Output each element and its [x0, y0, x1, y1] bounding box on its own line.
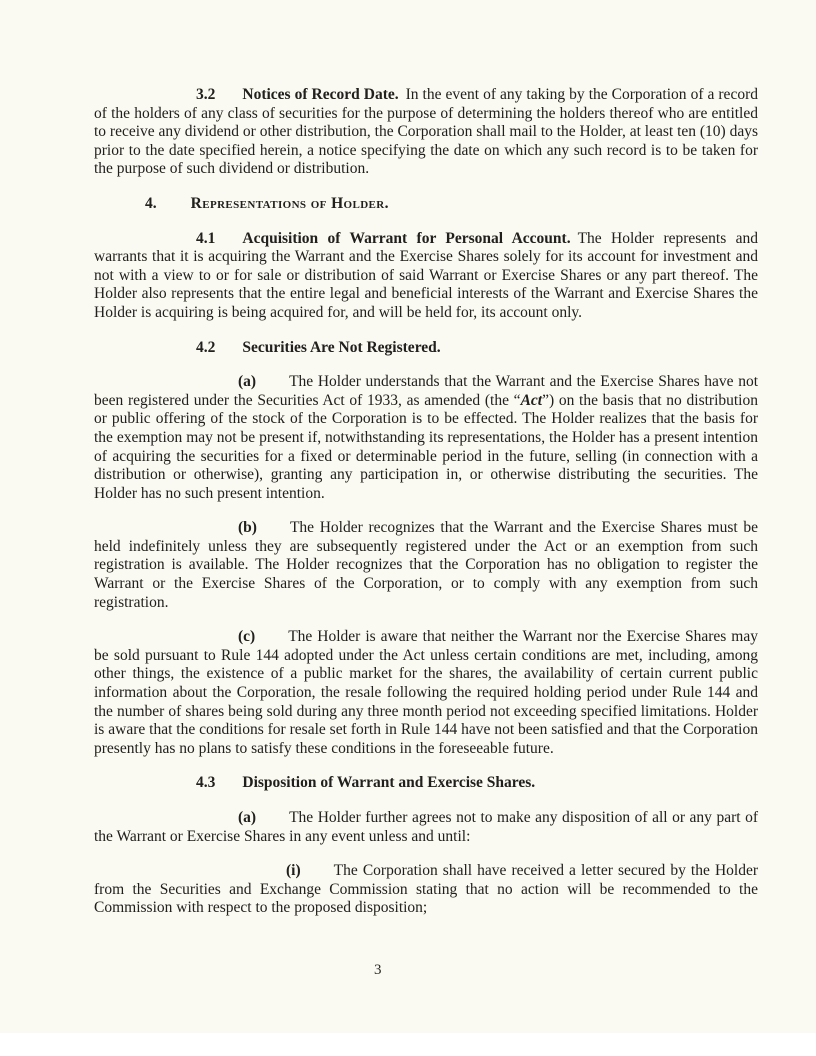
- clause-4-2-b-number: (b): [238, 519, 257, 536]
- clause-4-3-a-i: (i)The Corporation shall have received a…: [94, 862, 758, 918]
- clause-4-2-a-number: (a): [238, 373, 256, 390]
- section-4-heading: 4.Representations of Holder.: [94, 195, 758, 214]
- section-4-1-number: 4.1: [196, 230, 215, 247]
- section-4-title: Representations of Holder.: [191, 195, 389, 212]
- tab-spacer: [256, 385, 289, 386]
- tab-spacer: [255, 640, 288, 641]
- section-4-2-heading: 4.2Securities Are Not Registered.: [94, 339, 758, 358]
- tab-spacer: [301, 874, 334, 875]
- clause-4-3-a-i-number: (i): [286, 862, 301, 879]
- tab-spacer: [257, 531, 290, 532]
- section-3-2-body: In the event of any taking by the Corpor…: [94, 86, 758, 177]
- clause-4-2-c: (c)The Holder is aware that neither the …: [94, 628, 758, 758]
- section-4-2-title: Securities Are Not Registered.: [242, 339, 440, 356]
- page-number: 3: [374, 962, 394, 979]
- section-4-2-number: 4.2: [196, 339, 215, 356]
- clause-4-3-a-number: (a): [238, 809, 256, 826]
- document-page: 3.2Notices of Record Date.In the event o…: [0, 0, 816, 1033]
- defined-term-act: Act: [521, 392, 543, 409]
- section-4-3-title: Disposition of Warrant and Exercise Shar…: [242, 774, 535, 791]
- tab-spacer: [256, 821, 289, 822]
- section-4-3-heading: 4.3Disposition of Warrant and Exercise S…: [94, 774, 758, 793]
- section-3-2-number: 3.2: [196, 86, 215, 103]
- section-4-3-number: 4.3: [196, 774, 215, 791]
- clause-4-2-b-body: The Holder recognizes that the Warrant a…: [94, 519, 758, 610]
- section-4-1-title: Acquisition of Warrant for Personal Acco…: [242, 230, 570, 247]
- section-4-number: 4.: [145, 195, 157, 212]
- clause-4-2-c-body: The Holder is aware that neither the War…: [94, 628, 758, 757]
- clause-4-3-a-i-body: The Corporation shall have received a le…: [94, 862, 758, 916]
- tab-spacer: [215, 98, 242, 99]
- clause-4-3-a-body: The Holder further agrees not to make an…: [94, 809, 758, 845]
- clause-4-2-c-number: (c): [238, 628, 255, 645]
- clause-4-3-a: (a)The Holder further agrees not to make…: [94, 809, 758, 846]
- tab-spacer: [215, 242, 242, 243]
- section-3-2: 3.2Notices of Record Date.In the event o…: [94, 86, 758, 179]
- tab-spacer: [215, 351, 242, 352]
- section-3-2-title: Notices of Record Date.: [242, 86, 398, 103]
- section-4-1: 4.1Acquisition of Warrant for Personal A…: [94, 230, 758, 323]
- clause-4-2-b: (b)The Holder recognizes that the Warran…: [94, 519, 758, 612]
- page-content: 3.2Notices of Record Date.In the event o…: [94, 86, 758, 934]
- tab-spacer: [215, 786, 242, 787]
- clause-4-2-a: (a)The Holder understands that the Warra…: [94, 373, 758, 503]
- tab-spacer: [157, 207, 191, 208]
